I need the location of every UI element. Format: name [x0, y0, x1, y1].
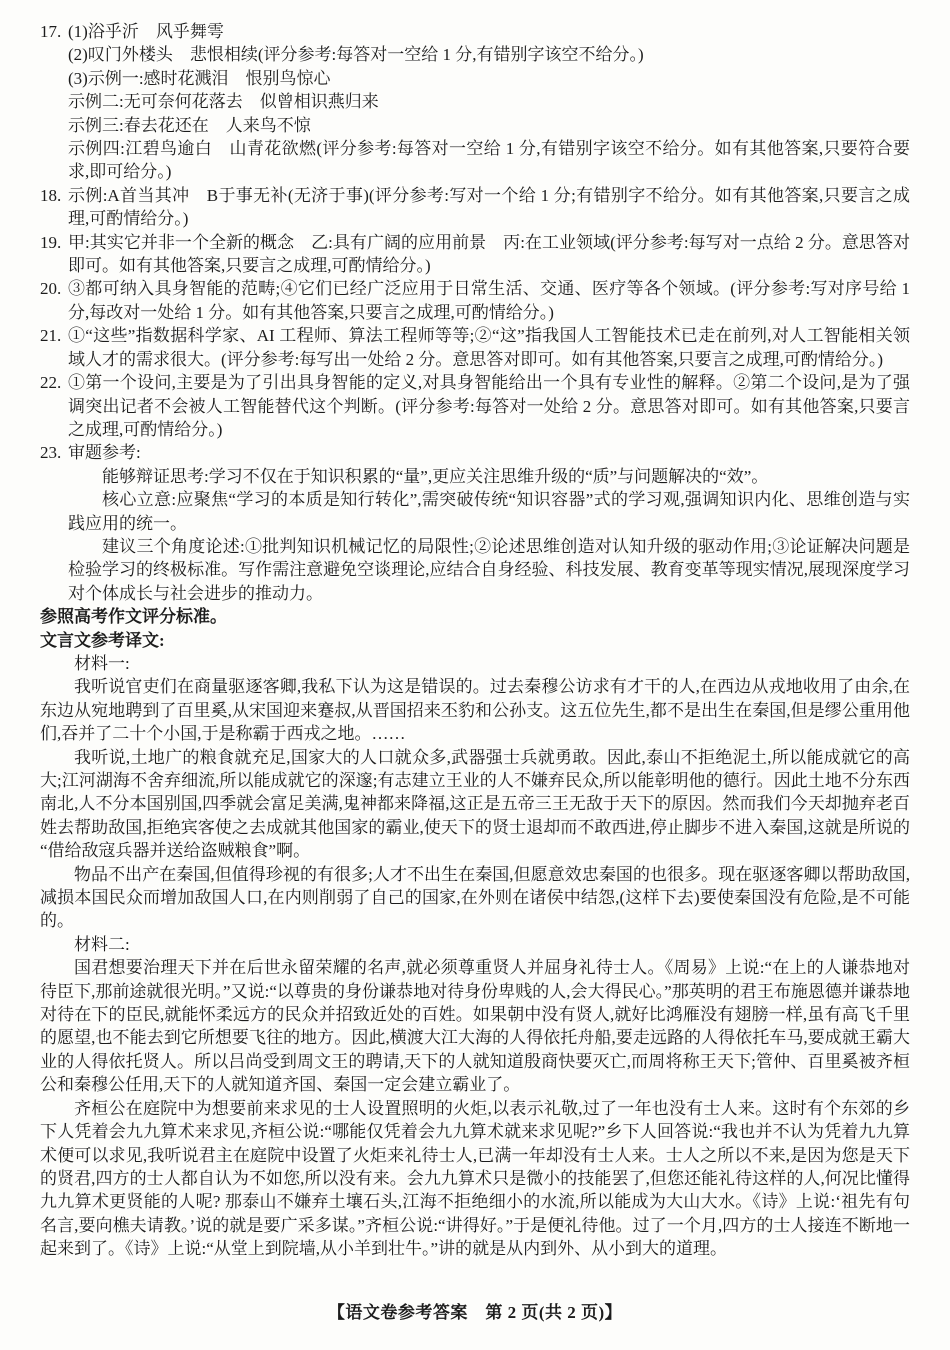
answer-line: (2)叹门外楼头 悲恨相续(评分参考:每答对一空给 1 分,有错别字该空不给分。… [68, 43, 910, 66]
material1-paragraph: 我听说官吏们在商量驱逐客卿,我私下认为这是错误的。过去秦穆公访求有才干的人,在西… [40, 675, 910, 745]
material2-paragraph: 国君想要治理天下并在后世永留荣耀的名声,就必须尊重贤人并屈身礼待士人。《周易》上… [40, 956, 910, 1096]
answer-item-18: 18. 示例:A首当其冲 B于事无补(无济于事)(评分参考:写对一个给 1 分;… [40, 184, 910, 231]
answer-body-20: ③都可纳入具身智能的范畴;④它们已经广泛应用于日常生活、交通、医疗等各个领域。(… [68, 277, 910, 324]
answer-paragraph: 能够辩证思考:学习不仅在于知识积累的“量”,更应关注思维升级的“质”与问题解决的… [68, 465, 910, 488]
answer-item-22: 22. ①第一个设问,主要是为了引出具身智能的定义,对具身智能给出一个具有专业性… [40, 371, 910, 441]
material1-paragraph: 物品不出产在秦国,但值得珍视的有很多;人才不出生在秦国,但愿意效忠秦国的也很多。… [40, 863, 910, 933]
answer-paragraph: 建议三个角度论述:①批判知识机械记忆的局限性;②论述思维创造对认知升级的驱动作用… [68, 535, 910, 605]
material2-paragraph: 齐桓公在庭院中为想要前来求见的士人设置照明的火炬,以表示礼敬,过了一年也没有士人… [40, 1097, 910, 1261]
answer-item-17: 17. (1)浴乎沂 风乎舞雩 (2)叹门外楼头 悲恨相续(评分参考:每答对一空… [40, 20, 910, 184]
answer-body-18: 示例:A首当其冲 B于事无补(无济于事)(评分参考:写对一个给 1 分;有错别字… [68, 184, 910, 231]
answer-body-22: ①第一个设问,主要是为了引出具身智能的定义,对具身智能给出一个具有专业性的解释。… [68, 371, 910, 441]
question-number-18: 18. [40, 184, 68, 207]
question-number-23: 23. [40, 441, 68, 464]
answer-key-page: 17. (1)浴乎沂 风乎舞雩 (2)叹门外楼头 悲恨相续(评分参考:每答对一空… [0, 0, 950, 1350]
answer-paragraph: 核心立意:应聚焦“学习的本质是知行转化”,需突破传统“知识容器”式的学习观,强调… [68, 488, 910, 535]
answer-heading: 审题参考: [68, 441, 910, 464]
answer-body-21: ①“这些”指数据科学家、AI 工程师、算法工程师等等;②“这”指我国人工智能技术… [68, 324, 910, 371]
answer-body-19: 甲:其实它并非一个全新的概念 乙:具有广阔的应用前景 丙:在工业领域(评分参考:… [68, 231, 910, 278]
material1-paragraph: 我听说,土地广的粮食就充足,国家大的人口就众多,武器强士兵就勇敢。因此,泰山不拒… [40, 746, 910, 863]
answer-item-19: 19. 甲:其实它并非一个全新的概念 乙:具有广阔的应用前景 丙:在工业领域(评… [40, 231, 910, 278]
answer-line: 示例四:江碧鸟逾白 山青花欲燃(评分参考:每答对一空给 1 分,有错别字该空不给… [68, 137, 910, 184]
answer-line: (1)浴乎沂 风乎舞雩 [68, 20, 910, 43]
question-number-21: 21. [40, 324, 68, 347]
question-number-19: 19. [40, 231, 68, 254]
answer-body-23: 审题参考: 能够辩证思考:学习不仅在于知识积累的“量”,更应关注思维升级的“质”… [68, 441, 910, 605]
answer-line: 示例二:无可奈何花落去 似曾相识燕归来 [68, 90, 910, 113]
answer-item-23: 23. 审题参考: 能够辩证思考:学习不仅在于知识积累的“量”,更应关注思维升级… [40, 441, 910, 605]
page-footer: 【语文卷参考答案 第 2 页(共 2 页)】 [0, 1301, 950, 1324]
essay-scoring-note: 参照高考作文评分标准。 [40, 605, 910, 628]
material1-label: 材料一: [40, 652, 910, 675]
answer-body-17: (1)浴乎沂 风乎舞雩 (2)叹门外楼头 悲恨相续(评分参考:每答对一空给 1 … [68, 20, 910, 184]
answer-line: 示例三:春去花还在 人来鸟不惊 [68, 114, 910, 137]
question-number-17: 17. [40, 20, 68, 43]
answer-item-20: 20. ③都可纳入具身智能的范畴;④它们已经广泛应用于日常生活、交通、医疗等各个… [40, 277, 910, 324]
question-number-22: 22. [40, 371, 68, 394]
question-number-20: 20. [40, 277, 68, 300]
answer-line: (3)示例一:感时花溅泪 恨别鸟惊心 [68, 67, 910, 90]
translation-title: 文言文参考译文: [40, 629, 910, 652]
material2-label: 材料二: [40, 933, 910, 956]
answer-item-21: 21. ①“这些”指数据科学家、AI 工程师、算法工程师等等;②“这”指我国人工… [40, 324, 910, 371]
